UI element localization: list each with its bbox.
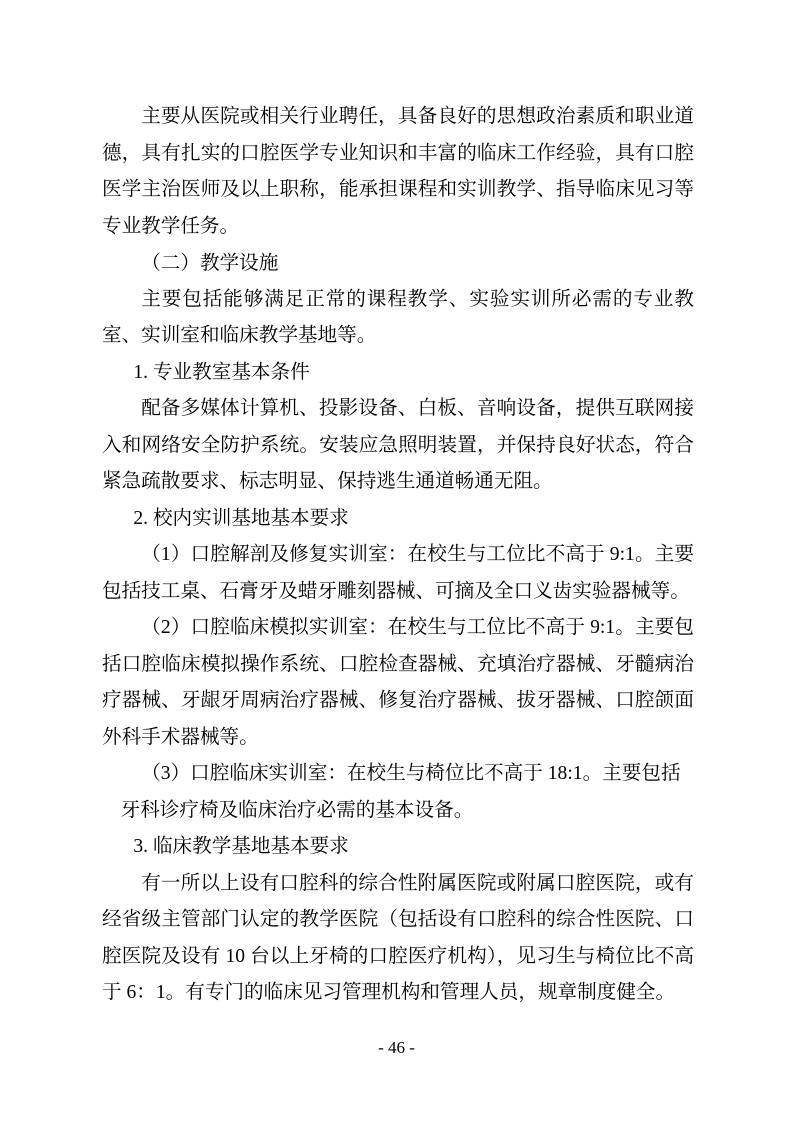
document-page: 主要从医院或相关行业聘任，具备良好的思想政治素质和职业道德，具有扎实的口腔医学专… (0, 0, 793, 1122)
heading-item1-classroom-conditions: 1. 专业教室基本条件 (102, 355, 694, 392)
paragraph-lab-clinical-simulation: （2）口腔临床模拟实训室：在校生与工位比不高于 9:1。主要包括口腔临床模拟操作… (102, 610, 694, 756)
paragraph-lab-anatomy-restoration: （1）口腔解剖及修复实训室：在校生与工位比不高于 9:1。主要包括技工桌、石膏牙… (102, 537, 694, 610)
paragraph-lab-clinical-line1: （3）口腔临床实训室：在校生与椅位比不高于 18:1。主要包括 (102, 756, 694, 793)
paragraph-lab-clinical-line2: 牙科诊疗椅及临床治疗必需的基本设备。 (102, 793, 694, 830)
document-body: 主要从医院或相关行业聘任，具备良好的思想政治素质和职业道德，具有扎实的口腔医学专… (102, 99, 694, 1012)
paragraph-clinical-base-requirements: 有一所以上设有口腔科的综合性附属医院或附属口腔医院，或有经省级主管部门认定的教学… (102, 866, 694, 1012)
paragraph-teacher-requirements: 主要从医院或相关行业聘任，具备良好的思想政治素质和职业道德，具有扎实的口腔医学专… (102, 99, 694, 245)
page-number: - 46 - (0, 1036, 793, 1060)
paragraph-facilities-overview: 主要包括能够满足正常的课程教学、实验实训所必需的专业教室、实训室和临床教学基地等… (102, 282, 694, 355)
heading-item2-campus-training-base: 2. 校内实训基地基本要求 (102, 501, 694, 538)
paragraph-classroom-requirements: 配备多媒体计算机、投影设备、白板、音响设备，提供互联网接入和网络安全防护系统。安… (102, 391, 694, 501)
heading-item3-clinical-teaching-base: 3. 临床教学基地基本要求 (102, 829, 694, 866)
section-heading-teaching-facilities: （二）教学设施 (102, 245, 694, 282)
